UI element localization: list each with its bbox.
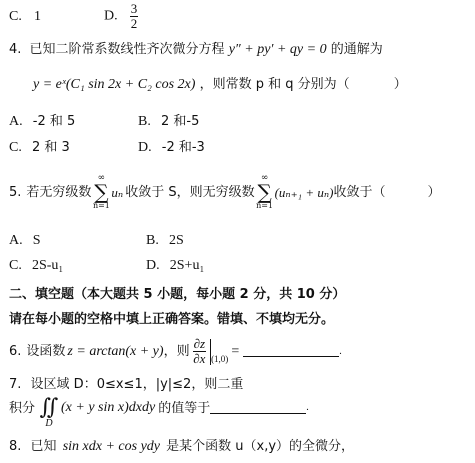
question-text: ，则 [164, 345, 190, 358]
fraction: 3 2 [130, 2, 139, 31]
question-text: ，则常数 p 和 q 分别为（ [200, 77, 350, 92]
integral-icon: ∬ [39, 395, 59, 419]
series-term: (uₙ₊₁ + uₙ) [275, 186, 334, 199]
question-text: 收敛于 S，则无穷级数 [125, 186, 254, 199]
question-7-line2: 积分 ∬ D (x + y sin x)dxdy 的值等于 . [9, 395, 309, 429]
integrand: (x + y sin x)dxdy [61, 401, 155, 415]
q4-option-b: B. 2 和-5 [138, 115, 199, 129]
q5-option-c: C. 2S-u₁ [9, 259, 63, 273]
evaluation-point: (1,0) [211, 355, 228, 364]
option-value: 1 [34, 9, 41, 24]
question-text: 已知 [31, 439, 57, 454]
option-label: D. [104, 9, 118, 24]
double-integral: ∬ D [39, 395, 59, 429]
denominator: 2 [130, 17, 139, 31]
question-text: 是某个函数 u（x,y）的全微分， [166, 439, 354, 454]
option-value: -2 和-3 [162, 140, 205, 155]
q5-option-b: B. 2S [146, 234, 184, 248]
option-label: B. [146, 233, 159, 248]
q4-option-c: C. 2 和 3 [9, 141, 70, 155]
period: . [306, 403, 309, 413]
q3-option-d: D. 3 2 [104, 2, 138, 31]
question-4-stem: 4. 已知二阶常系数线性齐次微分方程 y″ + py′ + qy = 0 的通解… [9, 43, 383, 57]
question-4-solution: y = eˣ(C₁ sin 2x + C₂ cos 2x) ，则常数 p 和 q… [33, 78, 407, 92]
question-text: 积分 [9, 402, 35, 415]
section-instruction: 请在每小题的空格中填上正确答案。错填、不填均无分。 [9, 313, 334, 326]
q5-option-d: D. 2S+u₁ [146, 259, 204, 273]
option-value: 2S+u₁ [170, 258, 205, 273]
sigma-icon: ∑ [91, 183, 111, 201]
q5-option-a: A. S [9, 234, 41, 248]
question-text: 设函数 [26, 345, 65, 358]
sum-lower-limit: n=1 [255, 201, 275, 210]
answer-paren-close: ） [394, 77, 407, 92]
denominator: ∂x [193, 352, 206, 366]
partial-derivative: ∂z ∂x [193, 337, 206, 366]
period: . [339, 347, 342, 357]
option-label: C. [9, 9, 22, 24]
sigma-icon: ∑ [255, 183, 275, 201]
question-text: 的通解为 [331, 42, 383, 57]
integral-region: D [39, 419, 59, 429]
differential-expression: sin xdx + cos ydy [63, 439, 160, 454]
option-label: D. [138, 140, 152, 155]
q3-option-c: C. 1 [9, 10, 41, 24]
summation-symbol: ∞ ∑ n=1 [91, 174, 111, 210]
question-text: 已知二阶常系数线性齐次微分方程 [30, 42, 225, 57]
question-7-line1: 7. 设区域 D：0≤x≤1，|y|≤2，则二重 [9, 378, 243, 391]
option-value: 2 和 3 [32, 140, 70, 155]
option-label: C. [9, 258, 22, 273]
function-expression: z = arctan(x + y) [67, 345, 163, 359]
question-5-stem: 5. 若无穷级数 ∞ ∑ n=1 uₙ 收敛于 S，则无穷级数 ∞ ∑ n=1 … [9, 174, 440, 210]
question-number: 4. [9, 42, 21, 57]
numerator: 3 [130, 2, 139, 17]
option-label: D. [146, 258, 160, 273]
option-label: C. [9, 140, 22, 155]
sum-lower-limit: n=1 [91, 201, 111, 210]
question-number: 8. [9, 439, 21, 454]
equals-sign: = [231, 345, 239, 359]
section-heading: 二、填空题（本大题共 5 小题，每小题 2 分，共 10 分） [9, 288, 345, 301]
question-text: 收敛于（ [333, 186, 385, 199]
question-number: 5. [9, 186, 21, 199]
option-label: B. [138, 114, 151, 129]
question-text: 若无穷级数 [26, 186, 91, 199]
option-value: 2 和-5 [161, 114, 199, 129]
question-text: 的值等于 [158, 402, 210, 415]
question-text: 设区域 D：0≤x≤1，|y|≤2，则二重 [31, 377, 244, 392]
answer-blank[interactable] [243, 346, 339, 357]
question-number: 6. [9, 345, 21, 358]
option-label: A. [9, 114, 23, 129]
option-value: 2S-u₁ [32, 258, 63, 273]
series-term: uₙ [111, 186, 123, 199]
option-label: A. [9, 233, 23, 248]
option-value: -2 和 5 [33, 114, 76, 129]
numerator: ∂z [193, 337, 206, 352]
general-solution: y = eˣ(C₁ sin 2x + C₂ cos 2x) [33, 77, 195, 92]
option-value: 2S [169, 233, 184, 248]
q4-option-d: D. -2 和-3 [138, 141, 205, 155]
question-6: 6. 设函数 z = arctan(x + y) ，则 ∂z ∂x (1,0) … [9, 337, 342, 366]
option-value: S [33, 233, 41, 248]
question-8: 8. 已知 sin xdx + cos ydy 是某个函数 u（x,y）的全微分… [9, 440, 354, 454]
summation-symbol: ∞ ∑ n=1 [255, 174, 275, 210]
answer-paren-close: ） [427, 186, 440, 199]
answer-blank[interactable] [210, 395, 306, 414]
equation: y″ + py′ + qy = 0 [229, 42, 327, 57]
question-number: 7. [9, 377, 21, 392]
q4-option-a: A. -2 和 5 [9, 115, 75, 129]
